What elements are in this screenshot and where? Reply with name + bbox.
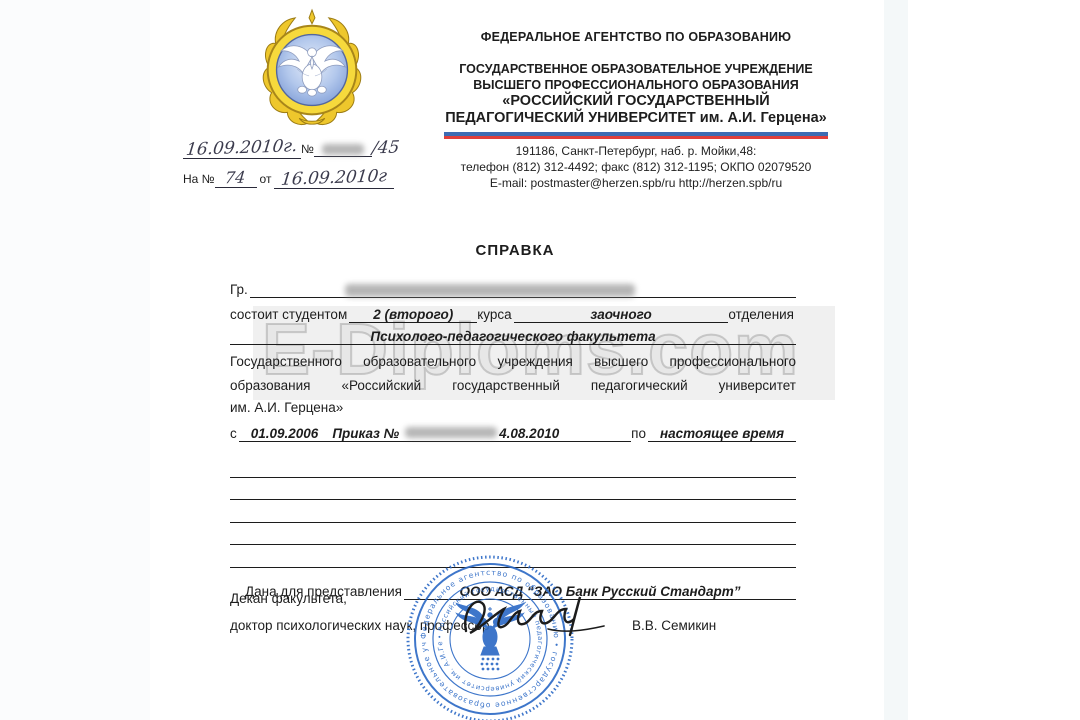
period-from-value: 01.09.2006 <box>251 426 319 441</box>
email-web-line: E-mail: postmaster@herzen.spb/ru http://… <box>418 175 854 191</box>
blank-line <box>230 523 796 546</box>
university-line2: ПЕДАГОГИЧЕСКИЙ УНИВЕРСИТЕТ им. А.И. Герц… <box>418 110 854 127</box>
outgoing-number-redacted <box>322 144 364 155</box>
university-pelican-emblem-icon <box>248 8 376 136</box>
department-value: заочного <box>590 307 651 322</box>
student-course-row: состоит студентом 2 (второго) курса заоч… <box>230 298 796 323</box>
flag-divider <box>444 132 828 139</box>
order-date: 4.08.2010 <box>499 426 559 441</box>
blank-line <box>230 500 796 523</box>
citizen-label: Гр. <box>230 282 250 298</box>
agency-name: ФЕДЕРАЛЬНОЕ АГЕНТСТВО ПО ОБРАЗОВАНИЮ <box>418 30 854 44</box>
scan-edge-left <box>0 0 150 720</box>
incoming-label: На № <box>183 172 215 186</box>
organization-line1: Государственного образовательного учрежд… <box>230 350 796 374</box>
address-line: 191186, Санкт-Петербург, наб. р. Мойки,4… <box>418 143 854 159</box>
order-label: Приказ № <box>332 426 399 441</box>
signer-name: В.В. Семикин <box>632 618 716 633</box>
number-label: № <box>301 142 314 156</box>
blank-line <box>230 478 796 501</box>
blank-line <box>230 455 796 478</box>
course-label: курса <box>477 307 513 323</box>
order-number-redacted <box>405 427 497 438</box>
reference-date-row: 16.09.2010г.№/45 <box>183 138 433 159</box>
incoming-number-handwritten: 74 <box>224 168 246 188</box>
reference-incoming-row: На №74от16.09.2010г <box>183 168 433 189</box>
flag-divider-red <box>444 136 828 139</box>
department-label: отделения <box>728 307 796 323</box>
incoming-date-handwritten: 16.09.2010г <box>280 166 388 190</box>
citizen-name-field <box>250 278 796 298</box>
student-prefix: состоит студентом <box>230 307 349 323</box>
university-line1: «РОССИЙСКИЙ ГОСУДАРСТВЕННЫЙ <box>418 93 854 110</box>
letterhead: ФЕДЕРАЛЬНОЕ АГЕНТСТВО ПО ОБРАЗОВАНИЮ ГОС… <box>418 30 854 191</box>
number-suffix-handwritten: /45 <box>371 137 400 158</box>
scan-edge-right <box>884 0 908 720</box>
reference-block: 16.09.2010г.№/45 На №74от16.09.2010г <box>183 138 433 189</box>
organization-line2: образования «Российский государственный … <box>230 374 796 398</box>
institution-line1: ГОСУДАРСТВЕННОЕ ОБРАЗОВАТЕЛЬНОЕ УЧРЕЖДЕН… <box>418 61 854 77</box>
document-title: СПРАВКА <box>415 242 615 259</box>
dean-signature-icon <box>452 583 632 653</box>
period-to-label: по <box>631 426 648 442</box>
citizen-name-redacted <box>345 284 635 297</box>
citizen-row: Гр. <box>230 279 796 298</box>
organization-line3: им. А.И. Герцена» <box>230 397 796 419</box>
period-row: с 01.09.2006 Приказ № 4.08.2010 по насто… <box>230 419 796 442</box>
faculty-value: Психолого-педагогического факультета <box>370 329 655 344</box>
dean-position-line1: Декан факультета, <box>230 591 347 606</box>
document-page: ФЕДЕРАЛЬНОЕ АГЕНТСТВО ПО ОБРАЗОВАНИЮ ГОС… <box>0 0 1080 720</box>
period-to-value: настоящее время <box>660 426 784 441</box>
institution-line2: ВЫСШЕГО ПРОФЕССИОНАЛЬНОГО ОБРАЗОВАНИЯ <box>418 77 854 93</box>
from-label: от <box>257 172 275 186</box>
outgoing-date-handwritten: 16.09.2010г. <box>185 136 298 160</box>
course-value: 2 (второго) <box>373 307 453 322</box>
faculty-row: Психолого-педагогического факультета <box>230 323 796 345</box>
period-from-label: с <box>230 426 239 442</box>
contacts-line: телефон (812) 312-4492; факс (812) 312-1… <box>418 159 854 175</box>
